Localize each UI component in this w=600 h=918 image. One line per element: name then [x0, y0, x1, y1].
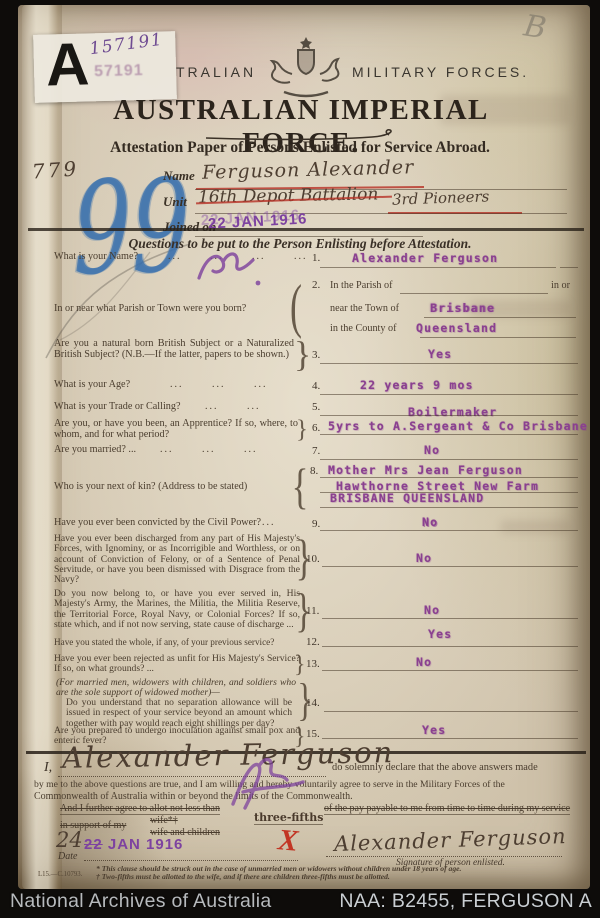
- group-brace: }: [296, 417, 308, 442]
- answer-line: [322, 646, 578, 647]
- ink-blot: [215, 750, 325, 816]
- answer-line: [320, 530, 578, 531]
- answer-line: [320, 507, 578, 508]
- answer-line: [320, 477, 578, 478]
- answer-line: [320, 394, 578, 395]
- question-dots: ... ... ...: [170, 379, 268, 390]
- question-text: Have you ever been rejected as unfit for…: [54, 654, 300, 675]
- answer-line: [320, 363, 578, 364]
- answer-value: No: [424, 603, 440, 617]
- question-text: Who is your next of kin? (Address to be …: [54, 481, 247, 492]
- declaration-pronoun: I,: [44, 760, 52, 776]
- answer-label: In the Parish of: [330, 280, 393, 291]
- date-stamp: 22 JAN 1916: [84, 836, 183, 853]
- date-stamp-rest: JAN 1916: [108, 836, 184, 853]
- question-number: 7.: [312, 445, 320, 457]
- question-number: 3.: [312, 349, 320, 361]
- question-text: Do you now belong to, or have you ever s…: [54, 589, 300, 630]
- question-text-italic: (For married men, widowers with children…: [56, 678, 296, 699]
- question-number: 13.: [306, 658, 320, 670]
- red-cross-mark: X: [277, 823, 300, 859]
- print-code: L15.—C.10793.: [38, 871, 82, 878]
- answer-value: Boilermaker: [408, 405, 497, 419]
- questions-header: Questions to be put to the Person Enlist…: [60, 236, 540, 252]
- question-number: 5.: [312, 401, 320, 413]
- answer-value: Yes: [428, 347, 452, 361]
- question-dots: ... ... ...: [160, 444, 258, 455]
- question-text: What is your Age?: [54, 379, 130, 390]
- watermark-reference: NAA: B2455, FERGUSON A: [339, 890, 592, 913]
- unit-value-added: 3rd Pioneers: [392, 187, 490, 208]
- question-number: 4.: [312, 380, 320, 392]
- archive-number-stamped: 57191: [94, 62, 144, 81]
- answer-value: Queensland: [416, 321, 497, 335]
- answer-line: [324, 711, 578, 712]
- answer-line: [322, 618, 578, 619]
- signature-line: [326, 856, 562, 857]
- question-text: Have you ever been convicted by the Civi…: [54, 517, 261, 528]
- answer-label: near the Town of: [330, 303, 399, 314]
- footnote: † Two-fifths must be allotted to the wif…: [96, 872, 390, 881]
- question-text: Are you married? ...: [54, 444, 136, 455]
- answer-value: Yes: [428, 627, 452, 641]
- answer-value: BRISBANE QUEENSLAND: [330, 491, 484, 505]
- answer-line: [320, 459, 578, 460]
- question-text: What is your Name?: [54, 251, 138, 262]
- answer-line: [320, 434, 578, 435]
- archive-label: A 157191 57191: [33, 31, 177, 103]
- archive-label-letter: A: [45, 29, 90, 99]
- archive-number-handwritten: 157191: [88, 30, 164, 59]
- name-label: Name: [163, 168, 195, 184]
- allotment-text-struck: of the pay payable to me from time to ti…: [324, 803, 570, 815]
- answer-line: [322, 566, 578, 567]
- answer-value: No: [422, 515, 438, 529]
- ink-blot: [193, 244, 265, 288]
- question-text: What is your Trade or Calling?: [54, 401, 180, 412]
- question-text: Are you a natural born British Subject o…: [54, 338, 294, 360]
- answer-value: No: [416, 551, 432, 565]
- answer-line: [400, 293, 548, 294]
- unit-label: Unit: [163, 194, 187, 210]
- section-rule: [28, 228, 584, 231]
- document-scan: A 157191 57191 TRALIAN MILITARY FORCES. …: [0, 0, 600, 918]
- watermark-archive-name: National Archives of Australia: [10, 890, 272, 913]
- question-number: 12.: [306, 636, 320, 648]
- answer-value: No: [424, 443, 440, 457]
- answer-line: [424, 317, 576, 318]
- allotment-text-struck: And I further agree to allot not less th…: [60, 803, 220, 815]
- answer-value: Yes: [422, 723, 446, 737]
- question-text: Are you, or have you been, an Apprentice…: [54, 418, 298, 440]
- answer-value: Mother Mrs Jean Ferguson: [328, 463, 523, 477]
- question-number: 14.: [306, 697, 320, 709]
- question-dots: ...: [262, 517, 276, 528]
- answer-value: No: [416, 655, 432, 669]
- group-brace: }: [294, 336, 311, 372]
- question-text: Have you stated the whole, if any, of yo…: [54, 637, 274, 647]
- answer-line: [322, 670, 578, 671]
- question-text: In or near what Parish or Town were you …: [54, 303, 246, 314]
- answer-line: [420, 337, 576, 338]
- answer-label: in or: [551, 280, 570, 291]
- answer-line: [560, 267, 578, 268]
- question-number: 9.: [312, 518, 320, 530]
- question-number: 10.: [306, 553, 320, 565]
- amf-header-right: MILITARY FORCES.: [352, 64, 529, 80]
- question-number: 6.: [312, 422, 320, 434]
- declaration-line1: do solemnly declare that the above answe…: [332, 762, 538, 773]
- question-text: Have you ever been discharged from any p…: [54, 534, 300, 585]
- answer-line: [320, 267, 556, 268]
- answer-line: [320, 415, 578, 416]
- allotment-text-struck: wife*†: [150, 815, 178, 826]
- date-stamp-day: 22: [84, 836, 103, 853]
- coat-of-arms-icon: [262, 34, 350, 100]
- date-handwritten: 24: [56, 828, 83, 852]
- answer-value: 5yrs to A.Sergeant & Co Brisbane: [328, 419, 588, 433]
- question-number: 8.: [310, 465, 318, 477]
- answer-label: in the County of: [330, 323, 397, 334]
- question-number: 1.: [312, 252, 320, 264]
- group-brace: {: [292, 461, 309, 511]
- group-paren: (: [290, 276, 302, 336]
- date-line: [84, 860, 298, 861]
- answer-value: 22 years 9 mos: [360, 378, 474, 392]
- answer-value: Brisbane: [430, 301, 495, 315]
- amf-header-left: TRALIAN: [176, 64, 256, 80]
- allotment-fraction-handwritten: three-fifths: [254, 811, 323, 825]
- question-number: 2.: [312, 279, 320, 291]
- question-number: 11.: [306, 605, 319, 617]
- answer-value: Alexander Ferguson: [352, 251, 498, 265]
- question-dots: ... ...: [205, 401, 261, 412]
- bleedthrough-stain: [500, 520, 570, 534]
- date-label: Date: [58, 851, 77, 862]
